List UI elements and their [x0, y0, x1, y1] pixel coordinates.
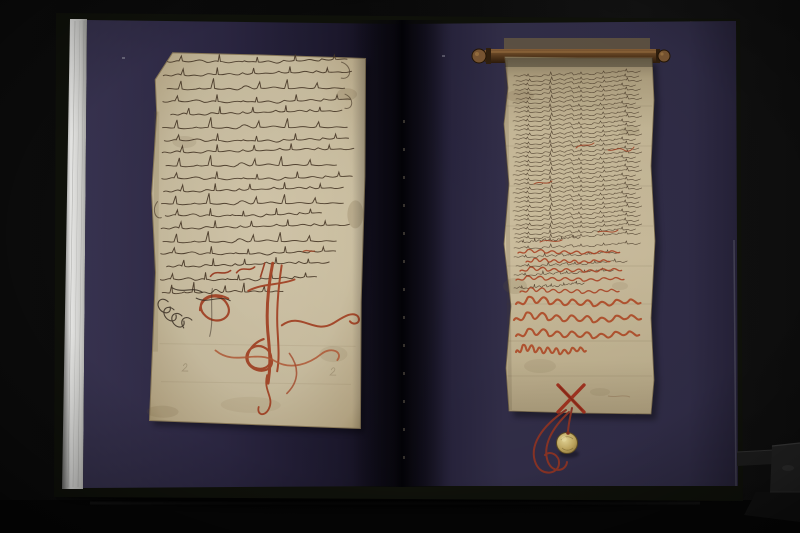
gutter-shadow: [352, 20, 452, 487]
folio-speck-left: [122, 57, 125, 59]
roller-knob-right: [656, 49, 670, 63]
scroll-parchment: [504, 57, 655, 414]
manuscript-paper: [148, 53, 366, 429]
roller-shadow-band: [505, 58, 653, 67]
roller-knob-left: [472, 48, 491, 64]
book: [54, 13, 743, 501]
photo-open-book: [0, 0, 800, 533]
left-manuscript: [146, 52, 370, 433]
book-photo-svg: [0, 0, 800, 533]
